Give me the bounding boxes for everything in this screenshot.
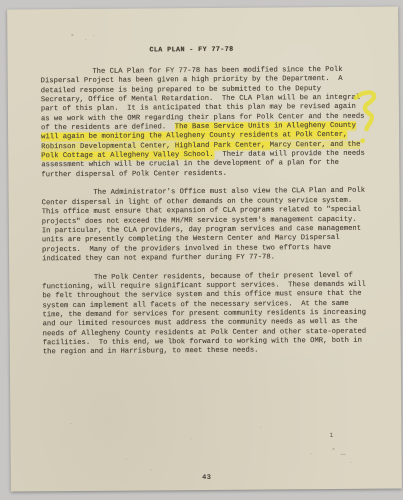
- paper-speck: [85, 39, 86, 40]
- text-segment: the region and in Harrisburg, to meet th…: [43, 347, 259, 357]
- stray-pencil-mark: 1: [329, 432, 333, 439]
- paper-speck: [151, 469, 152, 470]
- text-segment: indicated they can not expand further du…: [42, 253, 275, 263]
- paper-speck: [311, 453, 312, 454]
- document-body: The CLA Plan for FY 77-78 has been modif…: [41, 66, 379, 358]
- paper-speck: [341, 454, 346, 455]
- text-line: the region and in Harrisburg, to meet th…: [43, 346, 379, 358]
- document-title: CLA PLAN - FY 77-78: [149, 46, 233, 55]
- scanned-document-page: CLA PLAN - FY 77-78 The CLA Plan for FY …: [0, 0, 403, 500]
- text-line: further dispersal of Polk Center residen…: [41, 168, 377, 180]
- text-segment: further dispersal of Polk Center residen…: [41, 170, 227, 179]
- document-paper: CLA PLAN - FY 77-78 The CLA Plan for FY …: [7, 6, 402, 491]
- paragraph-1: The CLA Plan for FY 77-78 has been modif…: [41, 66, 378, 181]
- paragraph-3: The Polk Center residents, because of th…: [42, 271, 379, 358]
- paper-speck: [70, 423, 71, 424]
- paragraph-2: The Administrator's Office must also vie…: [42, 187, 379, 264]
- paper-speck: [190, 438, 191, 439]
- paper-speck: [93, 35, 94, 36]
- text-segment: of the residents are defined.: [41, 123, 175, 132]
- text-segment: assessment which will be crucial in the …: [41, 159, 339, 169]
- paper-speck: [333, 448, 335, 450]
- highlighted-text-segment: Robinson Developmental Center,: [41, 142, 175, 151]
- paper-speck: [126, 459, 127, 460]
- paper-speck: [260, 427, 261, 428]
- paper-speck: [351, 462, 352, 463]
- highlighted-text-segment: will again be monitoring the Allegheny C…: [41, 131, 347, 141]
- highlighted-text-segment: Highland Park Center,: [175, 141, 270, 150]
- text-segment: facilities. To this end, we lbok forward…: [43, 337, 362, 348]
- highlighted-text-segment: Marcy Center, and the: [270, 141, 361, 150]
- text-segment: projects. Many of the providers involved…: [42, 244, 331, 254]
- highlighted-text-segment: Polk Cottage at Allegheny Valley School.: [41, 151, 214, 160]
- highlighted-text-segment: The Base Service Units in Allegheny Coun…: [175, 122, 356, 131]
- paper-speck: [71, 34, 73, 36]
- page-number: 43: [197, 474, 217, 482]
- text-segment: Their data will provide the needs: [214, 150, 365, 159]
- text-line: indicated they can not expand further du…: [42, 253, 378, 265]
